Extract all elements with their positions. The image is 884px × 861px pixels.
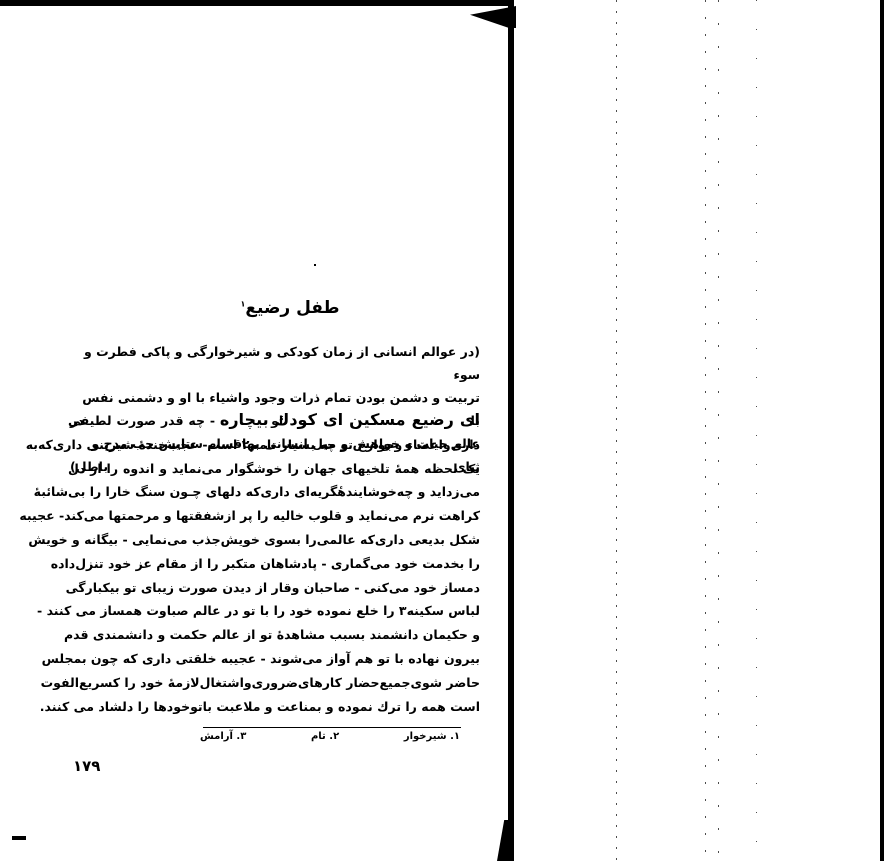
- footnote-3: ۳. آرامش: [200, 731, 246, 742]
- body-line: بیرون نهاده با تو هم آواز می‌شوند - عجیب…: [68, 647, 480, 671]
- scan-speck: [314, 264, 316, 266]
- book-spine-foot: [497, 820, 509, 861]
- body-paragraph: ای رضیع مسکین ای کودك بیچاره - چه قدر صو…: [68, 408, 480, 718]
- page-number: ۱۷۹: [73, 757, 100, 775]
- body-line: می‌زداید و چه‌خوشایندهٔگریه‌ای داری‌که د…: [68, 480, 480, 504]
- body-line: کراهت نرم می‌نماید و قلوب خالیه را پر از…: [68, 504, 480, 528]
- scan-right-edge: [880, 0, 884, 861]
- body-line: و حکیمان دانشمند بسبب مشاهدهٔ تو از عالم…: [68, 623, 480, 647]
- section-title-text: طفل رضیع: [245, 298, 339, 318]
- footnote-rule: [203, 727, 461, 728]
- body-line-first: ای رضیع مسکین ای کودك بیچاره - چه قدر صو…: [68, 408, 480, 433]
- book-spine-shadow: [508, 0, 514, 861]
- bleedthrough-dots: [705, 0, 706, 861]
- footnote-1: ۱. شیرخوار: [404, 731, 460, 742]
- body-line: داری‌واعضاء وجوارح تو چه بسیار تامم۲ است…: [68, 433, 480, 457]
- body-line: لباس سکینه۳ را خلع نموده خود را با تو در…: [68, 599, 480, 623]
- body-line: دمساز خود می‌کنی - صاحبان وقار از دیدن ص…: [68, 576, 480, 600]
- body-line: است همه را ترك نموده و بمناعت و ملاعبت ب…: [68, 695, 480, 719]
- section-title: طفل رضیع۱: [230, 298, 350, 318]
- body-line-fragment: - چه قدر صورت لطیفی: [68, 413, 220, 428]
- lead-phrase: ای رضیع مسکین ای کودك بیچاره: [220, 410, 480, 429]
- footnotes: ۱. شیرخوار ۲. تام ۳. آرامش: [200, 731, 460, 742]
- scan-smudge: [12, 836, 26, 840]
- footnote-2: ۲. تام: [311, 731, 339, 742]
- bleedthrough-dots: [616, 0, 617, 861]
- body-line: یک لحظه همهٔ تلخیهای جهان را خوشگوار می‌…: [68, 457, 480, 481]
- intro-line: (در عوالم انسانی از زمان کودکی و شیرخوار…: [70, 340, 480, 386]
- body-line: شکل بدیعی داری‌که عالمی‌را بسوی خویش‌جذب…: [68, 528, 480, 552]
- scan-top-edge: [0, 0, 512, 6]
- bleedthrough-dots: [718, 0, 719, 861]
- bleedthrough-dots: [756, 0, 757, 861]
- body-line: را بخدمت خود می‌گماری - پادشاهان متکبر ر…: [68, 552, 480, 576]
- body-line: حاضر شوی‌جمیع‌حضار کارهای‌ضروری‌واشتغال‌…: [68, 671, 480, 695]
